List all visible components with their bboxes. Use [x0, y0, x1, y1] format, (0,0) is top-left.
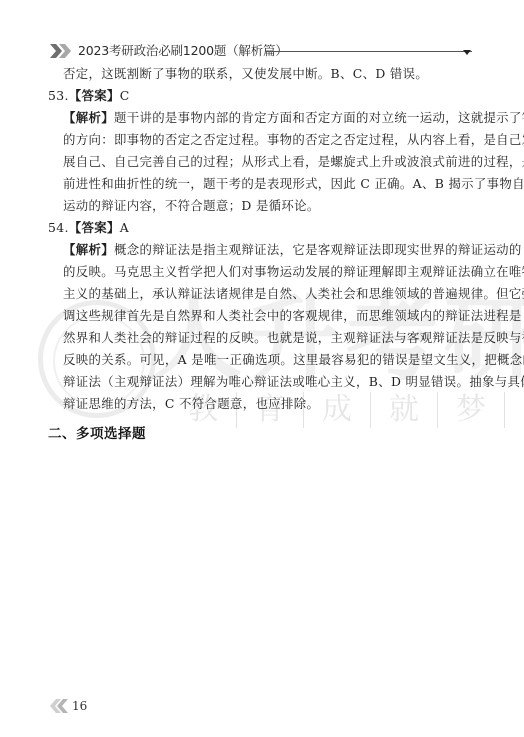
continuation-text: 否定，这既割断了事物的联系，又使发展中断。B、C、D 错误。	[63, 64, 428, 84]
analysis-line: 主义的基础上，承认辩证法诸规律是自然、人类社会和思维领域的普遍规律。但它强	[63, 284, 524, 304]
answer-heading-53: 53.【答案】C	[48, 86, 130, 106]
section-title: 二、多项选择题	[48, 424, 146, 444]
double-chevron-right-icon	[50, 44, 78, 58]
analysis-line: 的反映。马克思主义哲学把人们对事物运动发展的辩证理解即主观辩证法确立在唯物	[63, 262, 524, 282]
book-title: 2023考研政治必刷1200题（解析篇）	[78, 42, 288, 60]
analysis-line: 【解析】概念的辩证法是指主观辩证法，它是客观辩证法即现实世界的辩证运动的自觉	[63, 240, 524, 260]
analysis-line: 【解析】题干讲的是事物内部的肯定方面和否定方面的对立统一运动，这就提示了答题	[63, 108, 524, 128]
header-triangle-icon	[463, 50, 471, 55]
document-page: 人升考研 教 育 成 就 梦 想 2023考研政治必刷1200题（解析篇） 否定…	[0, 0, 524, 737]
page-number: 16	[72, 696, 87, 716]
analysis-line: 调这些规律首先是自然界和人类社会中的客观规律，而思维领域内的辩证法进程是自	[63, 306, 524, 326]
answer-heading-54: 54.【答案】A	[48, 218, 129, 238]
answer-value: A	[120, 220, 129, 235]
analysis-line: 的方向：即事物的否定之否定过程。事物的否定之否定过程，从内容上看，是自己发	[63, 130, 524, 150]
double-chevron-left-icon	[50, 699, 68, 713]
analysis-line: 运动的辩证内容，不符合题意；D 是循环论。	[63, 196, 320, 216]
header-rule	[266, 51, 472, 52]
analysis-line: 展自己、自己完善自己的过程；从形式上看，是螺旋式上升或波浪式前进的过程，是	[63, 152, 524, 172]
answer-value: C	[120, 88, 130, 103]
analysis-line: 辩证思维的方法，C 不符合题意，也应排除。	[63, 394, 319, 414]
running-header: 2023考研政治必刷1200题（解析篇）	[50, 42, 480, 60]
analysis-line: 前进性和曲折性的统一，题干考的是表现形式，因此 C 正确。A、B 揭示了事物自我	[63, 174, 524, 194]
analysis-line: 反映的关系。可见，A 是唯一正确选项。这里最容易犯的错误是望文生义，把概念的	[63, 350, 524, 370]
analysis-line: 辩证法（主观辩证法）理解为唯心辩证法或唯心主义，B、D 明显错误。抽象与具体是	[63, 372, 524, 392]
analysis-line: 然界和人类社会的辩证过程的反映。也就是说，主观辩证法与客观辩证法是反映与被	[63, 328, 524, 348]
